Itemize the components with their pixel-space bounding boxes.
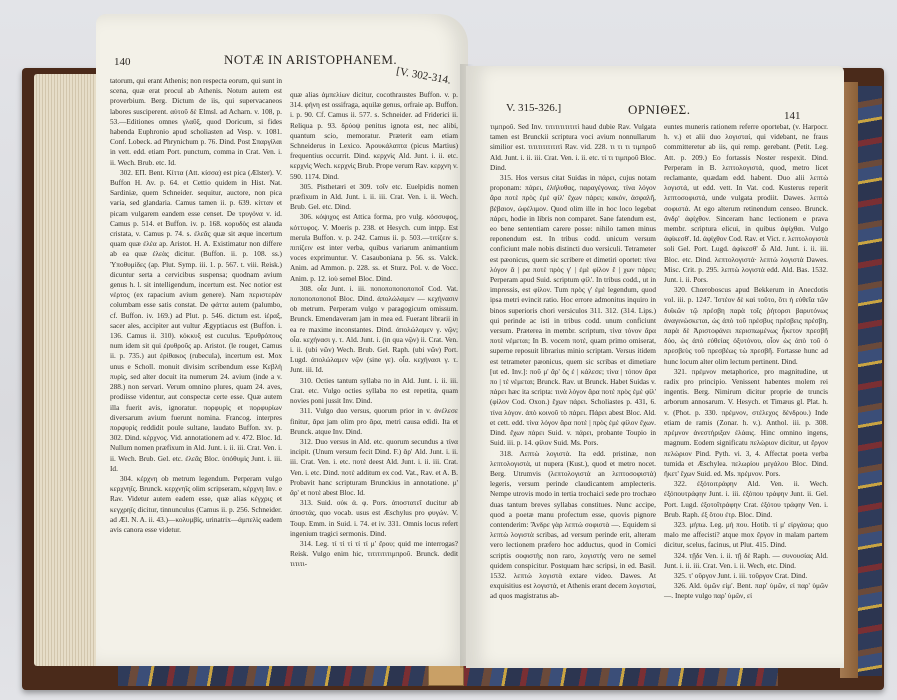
marbled-edge-right: [858, 86, 882, 676]
running-head: ΟΡΝΙΘΕΣ.: [628, 102, 690, 118]
paragraph: 322. ἐξότοιτράφην Ald. Ven. ii. Wech. ἐξ…: [664, 479, 828, 520]
page-number: 141: [784, 110, 801, 122]
paragraph: 325. τ' οὔργον Junt. i. iii. τοὔργον Cra…: [664, 571, 828, 581]
paragraph: 324. τῇδε Ven. i. ii. τῇ δὲ Raph. — συνο…: [664, 551, 828, 571]
paragraph: 326. Ald. ὑμῶν εἰμ'. Bent. παρ' ὑμῶν, εἰ…: [664, 581, 828, 601]
paragraph: quæ alias ἀμπελίων dicitur, cocothrauste…: [290, 90, 458, 182]
left-page: 140 NOTÆ IN ARISTOPHANEM. [V. 302-314. t…: [96, 14, 468, 666]
left-column-2: quæ alias ἀμπελίων dicitur, cocothrauste…: [290, 90, 458, 570]
paragraph: 308. οἷα Junt. i. iii. ποποποποποποποῖ C…: [290, 284, 458, 376]
paragraph: 313. Suid. οὐκ ἀ. φ. Pors. ἀποστατεῖ duc…: [290, 498, 458, 539]
paragraph: 320. Chœroboscus apud Bekkerum in Anecdo…: [664, 285, 828, 367]
paragraph: 310. Octies tantum syllaba πο in Ald. Ju…: [290, 376, 458, 407]
right-page: V. 315-326.] ΟΡΝΙΘΕΣ. 141 τιμπροῦ. Sed I…: [466, 66, 844, 668]
paragraph: 323. μήπω. Leg. μή που. Hotib. τί μ' εἰρ…: [664, 520, 828, 551]
paragraph: 315. Hos versus citat Suidas in πάρει, c…: [490, 173, 656, 448]
paragraph: 321. πρέμνον metaphorice, pro magnitudin…: [664, 367, 828, 479]
left-column-1: tatorum, qui erant Athenis; non respecta…: [110, 76, 282, 535]
paragraph: 311. Vulgo duo versus, quorum prior in v…: [290, 406, 458, 437]
paragraph: τιμπροῦ. Sed Inv. τιτιτιτιτιτιτὶ haud du…: [490, 122, 656, 173]
paragraph: tatorum, qui erant Athenis; non respecta…: [110, 76, 282, 168]
paragraph: 302. EΠ. Bent. Κίττα (Att. κίσσα) est pi…: [110, 168, 282, 474]
paragraph: 318. Λεπτὼ λογιστὰ. Ita edd. pristinæ, n…: [490, 449, 656, 602]
verse-range: V. 315-326.]: [506, 102, 561, 114]
right-column-1: τιμπροῦ. Sed Inv. τιτιτιτιτιτιτὶ haud du…: [490, 122, 656, 602]
paragraph: 314. Leg. τί τί τί τί τί μ' ἔρου; quid m…: [290, 539, 458, 570]
paragraph: euntes muneris rationem referre oporteba…: [664, 122, 828, 285]
page-number: 140: [114, 56, 131, 68]
paragraph: 312. Duo versus in Ald. etc. quorum secu…: [290, 437, 458, 498]
paragraph: 304. κέρχνη ob metrum legendum. Perperam…: [110, 474, 282, 535]
paragraph: 305. Pisthetæri et 309. τοῖν etc. Euelpi…: [290, 182, 458, 213]
running-head: NOTÆ IN ARISTOPHANEM.: [224, 52, 397, 68]
verse-range: [V. 302-314.: [395, 65, 451, 86]
paragraph: 306. κόψιχος est Attica forma, pro vulg.…: [290, 212, 458, 283]
right-column-2: euntes muneris rationem referre oporteba…: [664, 122, 828, 602]
